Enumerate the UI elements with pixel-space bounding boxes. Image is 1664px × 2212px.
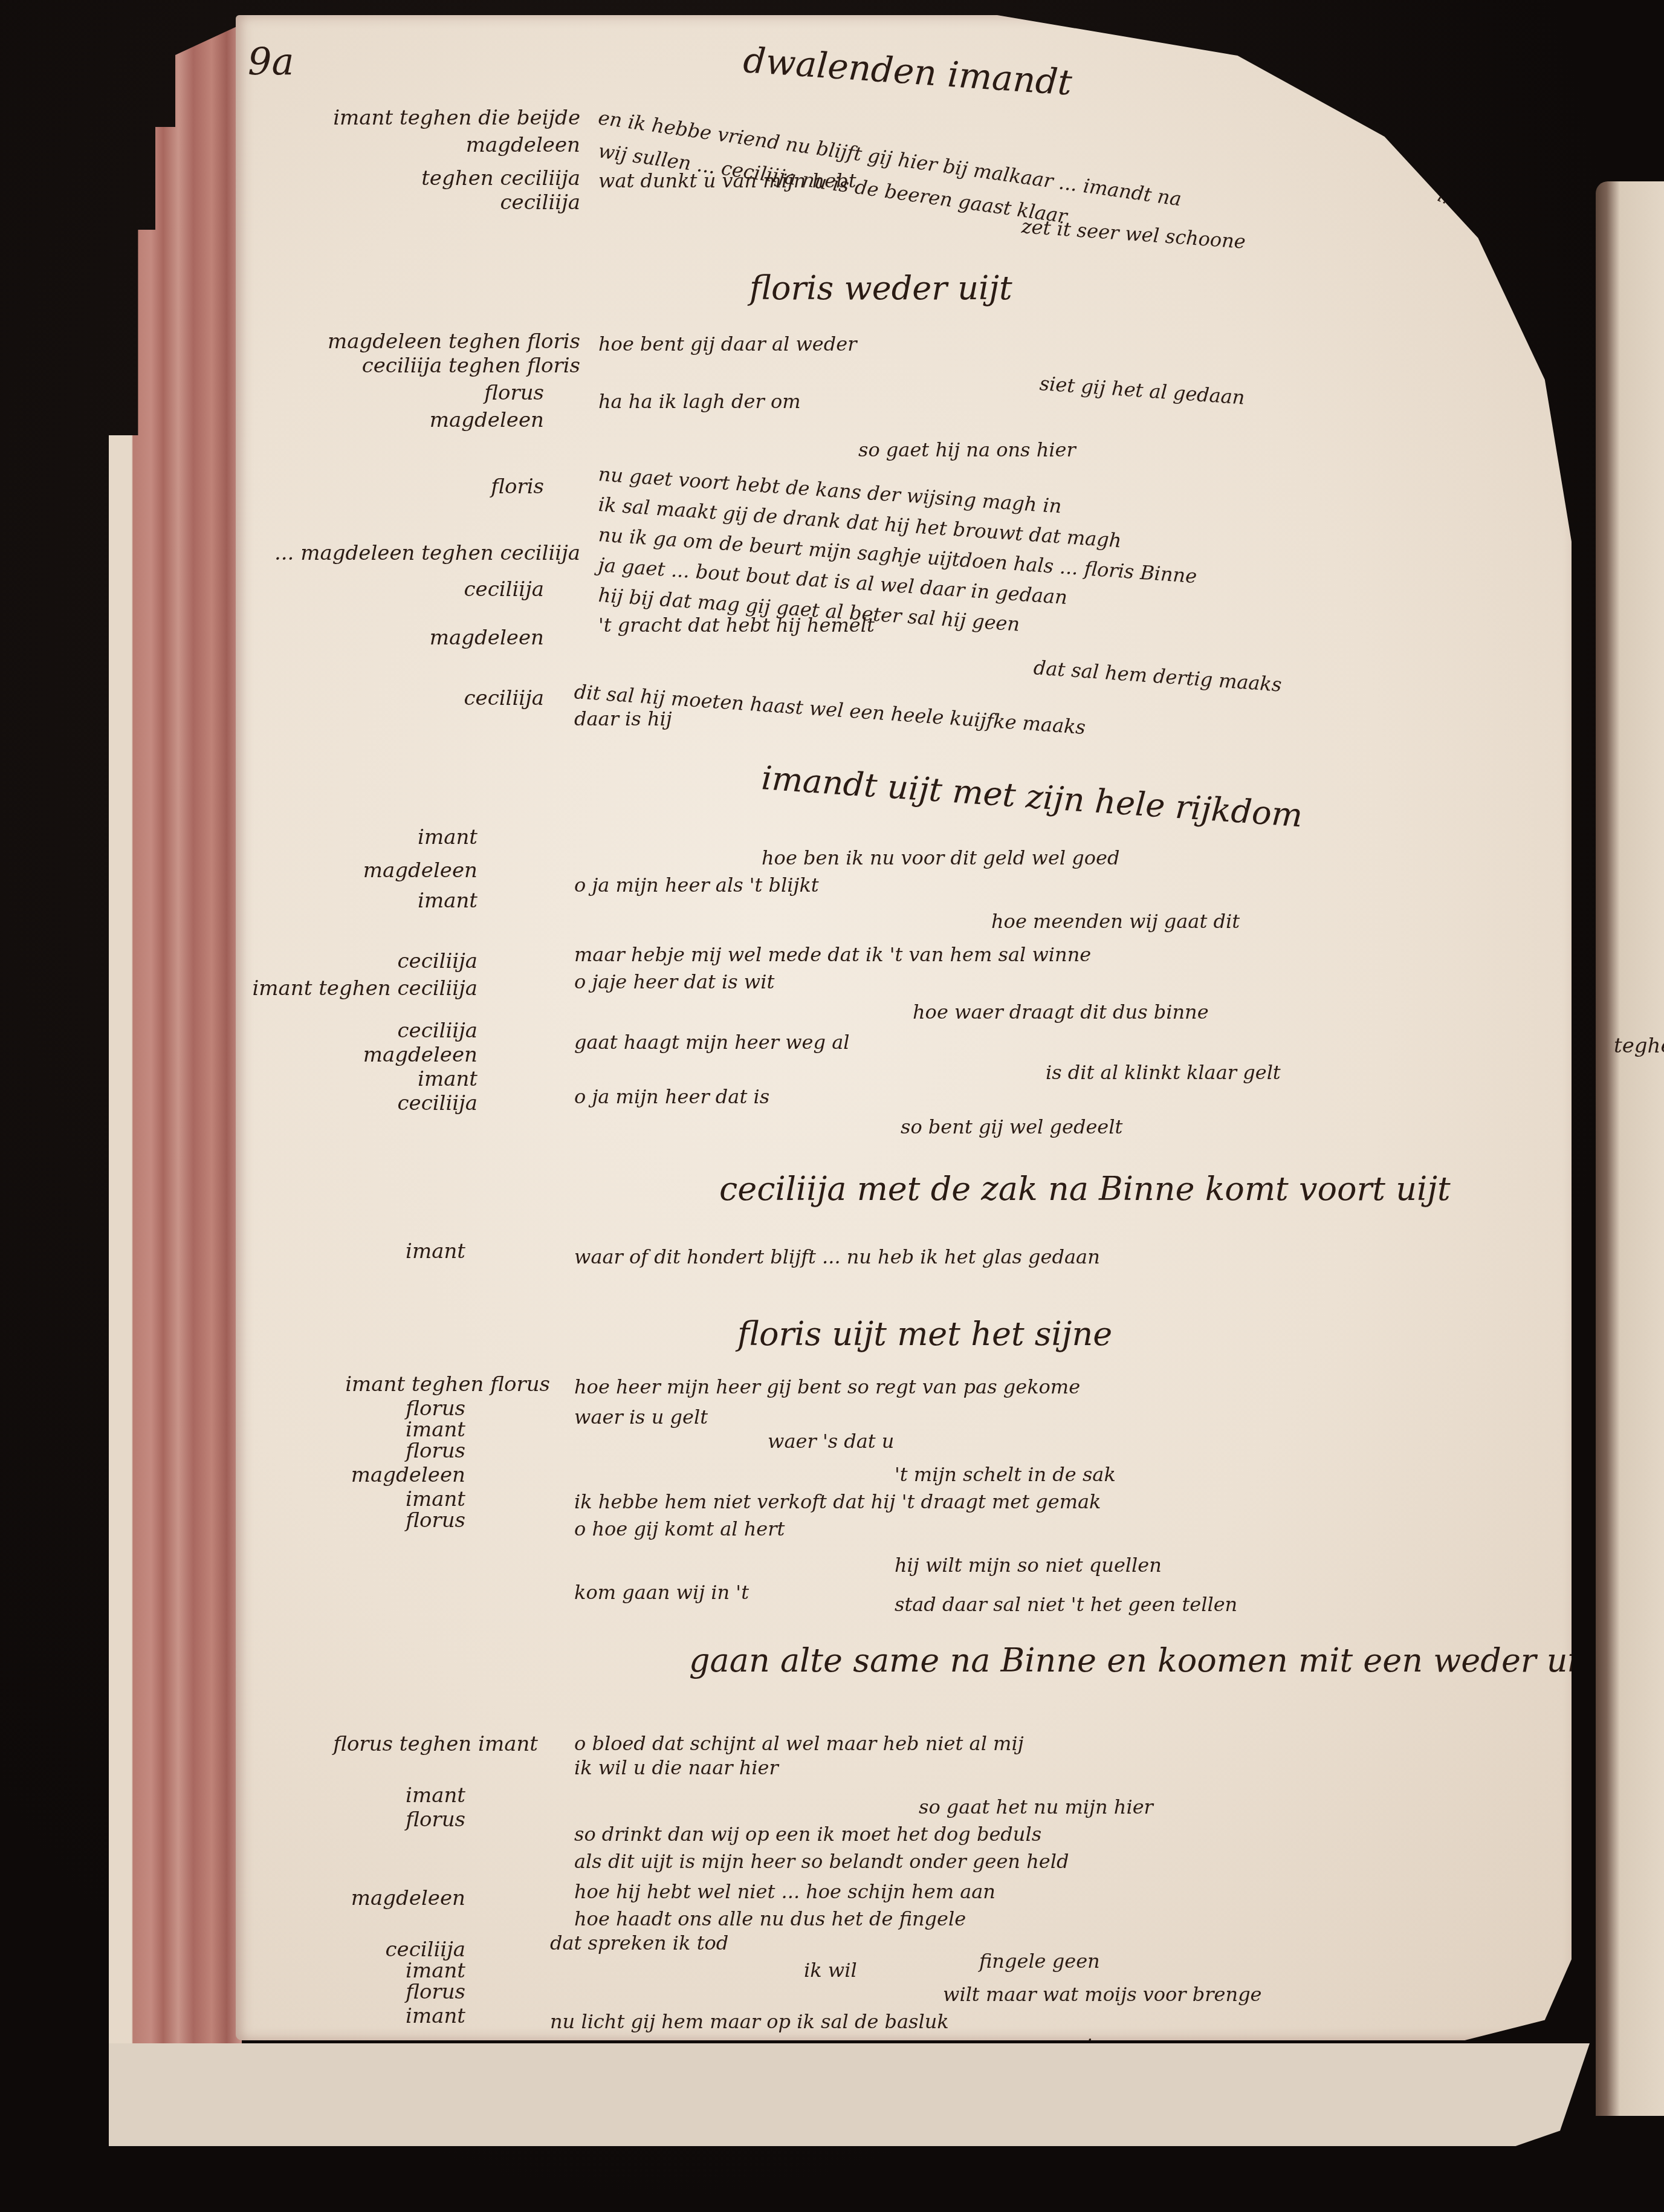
speaker-label: magdeleen	[236, 1463, 465, 1487]
dialogue-line: so bent gij wel gedeelt	[901, 1115, 1122, 1138]
speaker-label: imant	[236, 1239, 465, 1263]
dialogue-line: dat sal hem dertig maaks	[1033, 656, 1283, 696]
speaker-label: ceciliija	[236, 1938, 465, 1962]
dialogue-line: daar is hij	[574, 707, 672, 730]
dialogue-line: waer is u gelt	[574, 1406, 708, 1429]
speaker-label: magdeleen	[236, 626, 544, 650]
dialogue-line: gaat haagt mijn heer weg al	[574, 1031, 849, 1054]
page-stack-bottom	[109, 2043, 1590, 2146]
dialogue-line: siet gij het al gedaan	[1039, 372, 1246, 409]
stage-direction: gaan alte same na Binne en koomen mit ee…	[689, 1641, 1601, 1679]
speaker-label: imant teghen ceciliija	[236, 976, 478, 1001]
speaker-label: floris	[236, 475, 544, 499]
dialogue-line: hoe haadt ons alle nu dus het de fingele	[574, 1907, 966, 1930]
speaker-label: magdeleen teghen floris	[236, 329, 580, 354]
speaker-label: imant	[236, 1067, 478, 1091]
speaker-label: ... magdeleen teghen ceciliija	[236, 541, 580, 565]
page-title: dwalenden imandt	[742, 39, 1073, 103]
speaker-label: magdeleen	[236, 408, 544, 432]
speaker-label: magdeleen	[236, 1886, 465, 1910]
dialogue-line: o bloed dat schijnt al wel maar heb niet…	[574, 1732, 1024, 1755]
dialogue-line: waer 's dat u	[768, 1430, 894, 1453]
dialogue-line: nu licht gij hem maar op ik sal de baslu…	[550, 2010, 949, 2033]
stage-direction: floris weder uijt	[749, 269, 1012, 307]
dialogue-line: kom gaan wij in 't	[574, 1581, 749, 1604]
dialogue-line: o jaje heer dat is wit	[574, 970, 774, 993]
dialogue-line: waar of dit hondert blijft ... nu heb ik…	[574, 1245, 1100, 1268]
speaker-label: imant	[236, 2004, 465, 2028]
speaker-label: imant	[236, 889, 478, 913]
speaker-label: florus	[236, 1508, 465, 1533]
speaker-label: magdeleen	[236, 858, 478, 883]
dialogue-line: 't gracht dat hebt hij hemelt	[598, 614, 875, 637]
speaker-label: imant	[236, 825, 478, 849]
dialogue-line: o hoe gij komt al hert	[574, 1517, 785, 1540]
dialogue-line: wilt maar wat moijs voor brenge	[943, 1983, 1262, 2006]
folio-number: 9a	[248, 39, 294, 83]
speaker-label: florus	[236, 1808, 465, 1832]
dialogue-line: ik wil u die naar hier	[574, 1756, 779, 1779]
dialogue-line: hoe ben ik nu voor dit geld wel goed	[762, 846, 1119, 869]
dialogue-line: hoe bent gij daar al weder	[598, 332, 857, 355]
dialogue-line: is dit al klinkt klaar gelt	[1046, 1061, 1281, 1084]
stage-direction: ceciliija met de zak na Binne komt voort…	[719, 1170, 1451, 1208]
dialogue-line: als dit uijt is mijn heer so belandt ond…	[574, 1850, 1069, 1873]
dialogue-line: hij wilt mijn so niet quellen	[895, 1554, 1162, 1577]
speaker-label: ceciliija	[272, 190, 580, 215]
speaker-label: imant	[236, 1487, 465, 1511]
speaker-label: ceciliija	[236, 949, 478, 973]
dialogue-line: maar hebje mij wel mede dat ik 't van he…	[574, 943, 1091, 966]
speaker-label: magdeleen	[236, 1043, 478, 1067]
dialogue-line: so gaet hij na ons hier	[858, 438, 1076, 461]
dialogue-line: 't mijn schelt in de sak	[895, 1463, 1116, 1486]
dialogue-line: so drinkt dan wij op een ik moet het dog…	[574, 1823, 1041, 1846]
dialogue-line: wat dunkt u van mijn hebt	[598, 169, 856, 192]
speaker-label: florus	[236, 1396, 465, 1421]
dialogue-line: hoe hij hebt wel niet ... hoe schijn hem…	[574, 1880, 995, 1903]
dialogue-line: so gaat het nu mijn hier	[919, 1795, 1153, 1818]
manuscript-page: 9a dwalenden imandt imant teghen die bei…	[236, 15, 1572, 2040]
dialogue-line: hoe meenden wij gaat dit	[991, 910, 1240, 933]
speaker-label: florus teghen imant	[236, 1732, 538, 1756]
speaker-label: teghen ceciliija	[272, 166, 580, 190]
facing-page-fragment: teghe	[1614, 1034, 1664, 1058]
speaker-label: imant teghen die beijde	[272, 106, 580, 130]
dialogue-line: ik hebbe hem niet verkoft dat hij 't dra…	[574, 1490, 1101, 1513]
dialogue-line: o ja mijn heer dat is	[574, 1085, 769, 1108]
speaker-label: imant	[236, 1783, 465, 1808]
stage-direction: imandt uijt met zijn hele rijkdom	[760, 759, 1304, 834]
dialogue-line: dat spreken ik tod	[550, 1931, 728, 1954]
dialogue-line: fingele geen	[979, 1950, 1100, 1973]
facing-page: teghe	[1596, 181, 1664, 2116]
stage-direction: floris uijt met het sijne	[737, 1315, 1112, 1353]
speaker-label: florus	[236, 1439, 465, 1463]
speaker-label: ceciliija	[236, 1019, 478, 1043]
speaker-label: ceciliija teghen floris	[236, 354, 580, 378]
speaker-label: imant	[236, 1418, 465, 1442]
dialogue-line: zet it seer wel schoone	[1021, 215, 1246, 253]
dialogue-line: hoe waer draagt dit dus binne	[913, 1001, 1209, 1023]
speaker-label: ceciliija	[236, 686, 544, 710]
dialogue-line: hoe heer mijn heer gij bent so regt van …	[574, 1375, 1080, 1398]
speaker-label: imant	[236, 1959, 465, 1983]
speaker-label: florus	[236, 1980, 465, 2004]
speaker-label: ceciliija	[236, 577, 544, 602]
dialogue-line: ha ha ik lagh der om	[598, 390, 801, 413]
dialogue-line: stad daar sal niet 't het geen tellen	[895, 1593, 1237, 1616]
speaker-label: ceciliija	[236, 1091, 478, 1115]
speaker-label: florus	[236, 381, 544, 405]
speaker-label: magdeleen	[272, 133, 580, 157]
speaker-label: imant teghen florus	[236, 1372, 550, 1396]
dialogue-line: ik wil	[804, 1959, 857, 1982]
dialogue-line: o ja mijn heer als 't blijkt	[574, 874, 819, 897]
